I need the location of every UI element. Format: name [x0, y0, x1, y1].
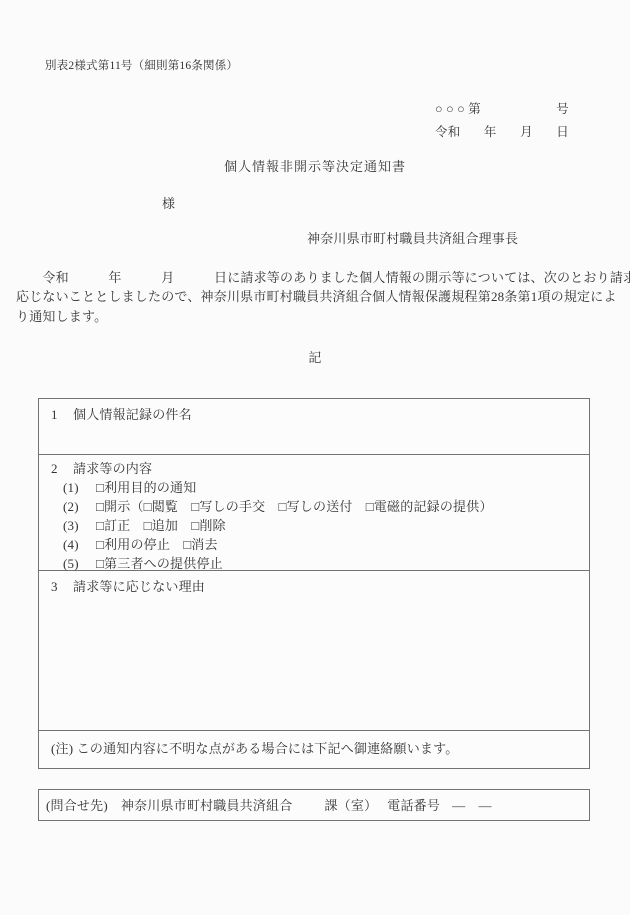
checkbox-line-4: (4)□利用の停止 □消去: [51, 538, 577, 551]
contact-box: (問合せ先) 神奈川県市町村職員共済組合 課（室） 電話番号 ― ―: [38, 789, 590, 821]
body-paragraph: 令和 年 月 日に請求等のありました個人情報の開示等については、次のとおり請求等…: [16, 271, 624, 329]
ki-heading: 記: [0, 351, 630, 364]
body-line-2: 応じないこととしましたので、神奈川県市町村職員共済組合個人情報保護規程第28条第…: [16, 290, 624, 309]
form-style-label: 別表2様式第11号（細則第16条関係）: [45, 61, 238, 73]
main-table: 1個人情報記録の件名 2請求等の内容 (1)□利用目的の通知 (2)□開示（□閲…: [38, 398, 590, 769]
checkbox-option-text: □第三者への提供停止: [96, 556, 223, 571]
checkbox-option-text: □利用目的の通知: [96, 480, 196, 495]
table-row-record-title: 1個人情報記録の件名: [39, 399, 589, 455]
date-month: 月: [520, 126, 533, 139]
item-marker: (5): [63, 557, 96, 570]
table-row-request-content: 2請求等の内容 (1)□利用目的の通知 (2)□開示（□閲覧 □写しの手交 □写…: [39, 455, 589, 571]
item-marker: (4): [63, 538, 96, 551]
row-title: 請求等の内容: [73, 461, 152, 476]
checkbox-option-text: □利用の停止 □消去: [96, 537, 218, 552]
checkbox-line-3: (3)□訂正 □追加 □削除: [51, 519, 577, 532]
contact-label: (問合せ先): [46, 799, 108, 812]
row-title: 請求等に応じない理由: [73, 579, 205, 594]
table-row-note: (注) この通知内容に不明な点がある場合には下記へ御連絡願います。: [39, 731, 589, 768]
document-title: 個人情報非開示等決定通知書: [0, 160, 630, 173]
recipient-honorific: 様: [162, 197, 175, 210]
date-year: 年: [484, 126, 497, 139]
date-era: 令和: [435, 126, 460, 139]
issuer-name: 神奈川県市町村職員共済組合理事長: [307, 232, 518, 245]
checkbox-option-text: □開示（□閲覧 □写しの手交 □写しの送付 □電磁的記録の提供）: [96, 499, 493, 514]
row-title: 個人情報記録の件名: [73, 407, 192, 422]
table-row-refusal-reason: 3請求等に応じない理由: [39, 571, 589, 731]
document-page: 別表2様式第11号（細則第16条関係） ○ ○ ○ 第 号 令和 年 月 日 個…: [0, 0, 630, 915]
item-marker: (1): [63, 481, 96, 494]
phone-label: 電話番号: [387, 799, 440, 812]
item-marker: (2): [63, 500, 96, 513]
checkbox-line-5: (5)□第三者への提供停止: [51, 557, 577, 570]
checkbox-line-1: (1)□利用目的の通知: [51, 481, 577, 494]
row-number: 1: [51, 408, 73, 421]
date-line: 令和 年 月 日: [435, 126, 569, 139]
document-number-suffix: 号: [556, 103, 569, 116]
contact-organization: 神奈川県市町村職員共済組合: [121, 799, 293, 812]
row-number: 3: [51, 580, 73, 593]
body-line-1: 令和 年 月 日に請求等のありました個人情報の開示等については、次のとおり請求等…: [16, 271, 624, 290]
note-text: (注) この通知内容に不明な点がある場合には下記へ御連絡願います。: [51, 741, 458, 756]
contact-department: 課（室）: [324, 799, 377, 812]
phone-value: ― ―: [452, 799, 492, 812]
checkbox-line-2: (2)□開示（□閲覧 □写しの手交 □写しの送付 □電磁的記録の提供）: [51, 500, 577, 513]
document-number-line: ○ ○ ○ 第 号: [435, 103, 569, 116]
row-heading: 2請求等の内容: [51, 462, 577, 475]
date-day: 日: [556, 126, 569, 139]
document-number-prefix: ○ ○ ○ 第: [435, 103, 481, 116]
body-line-3: り通知します。: [16, 310, 624, 329]
row-number: 2: [51, 462, 73, 475]
checkbox-option-text: □訂正 □追加 □削除: [96, 518, 226, 533]
item-marker: (3): [63, 519, 96, 532]
